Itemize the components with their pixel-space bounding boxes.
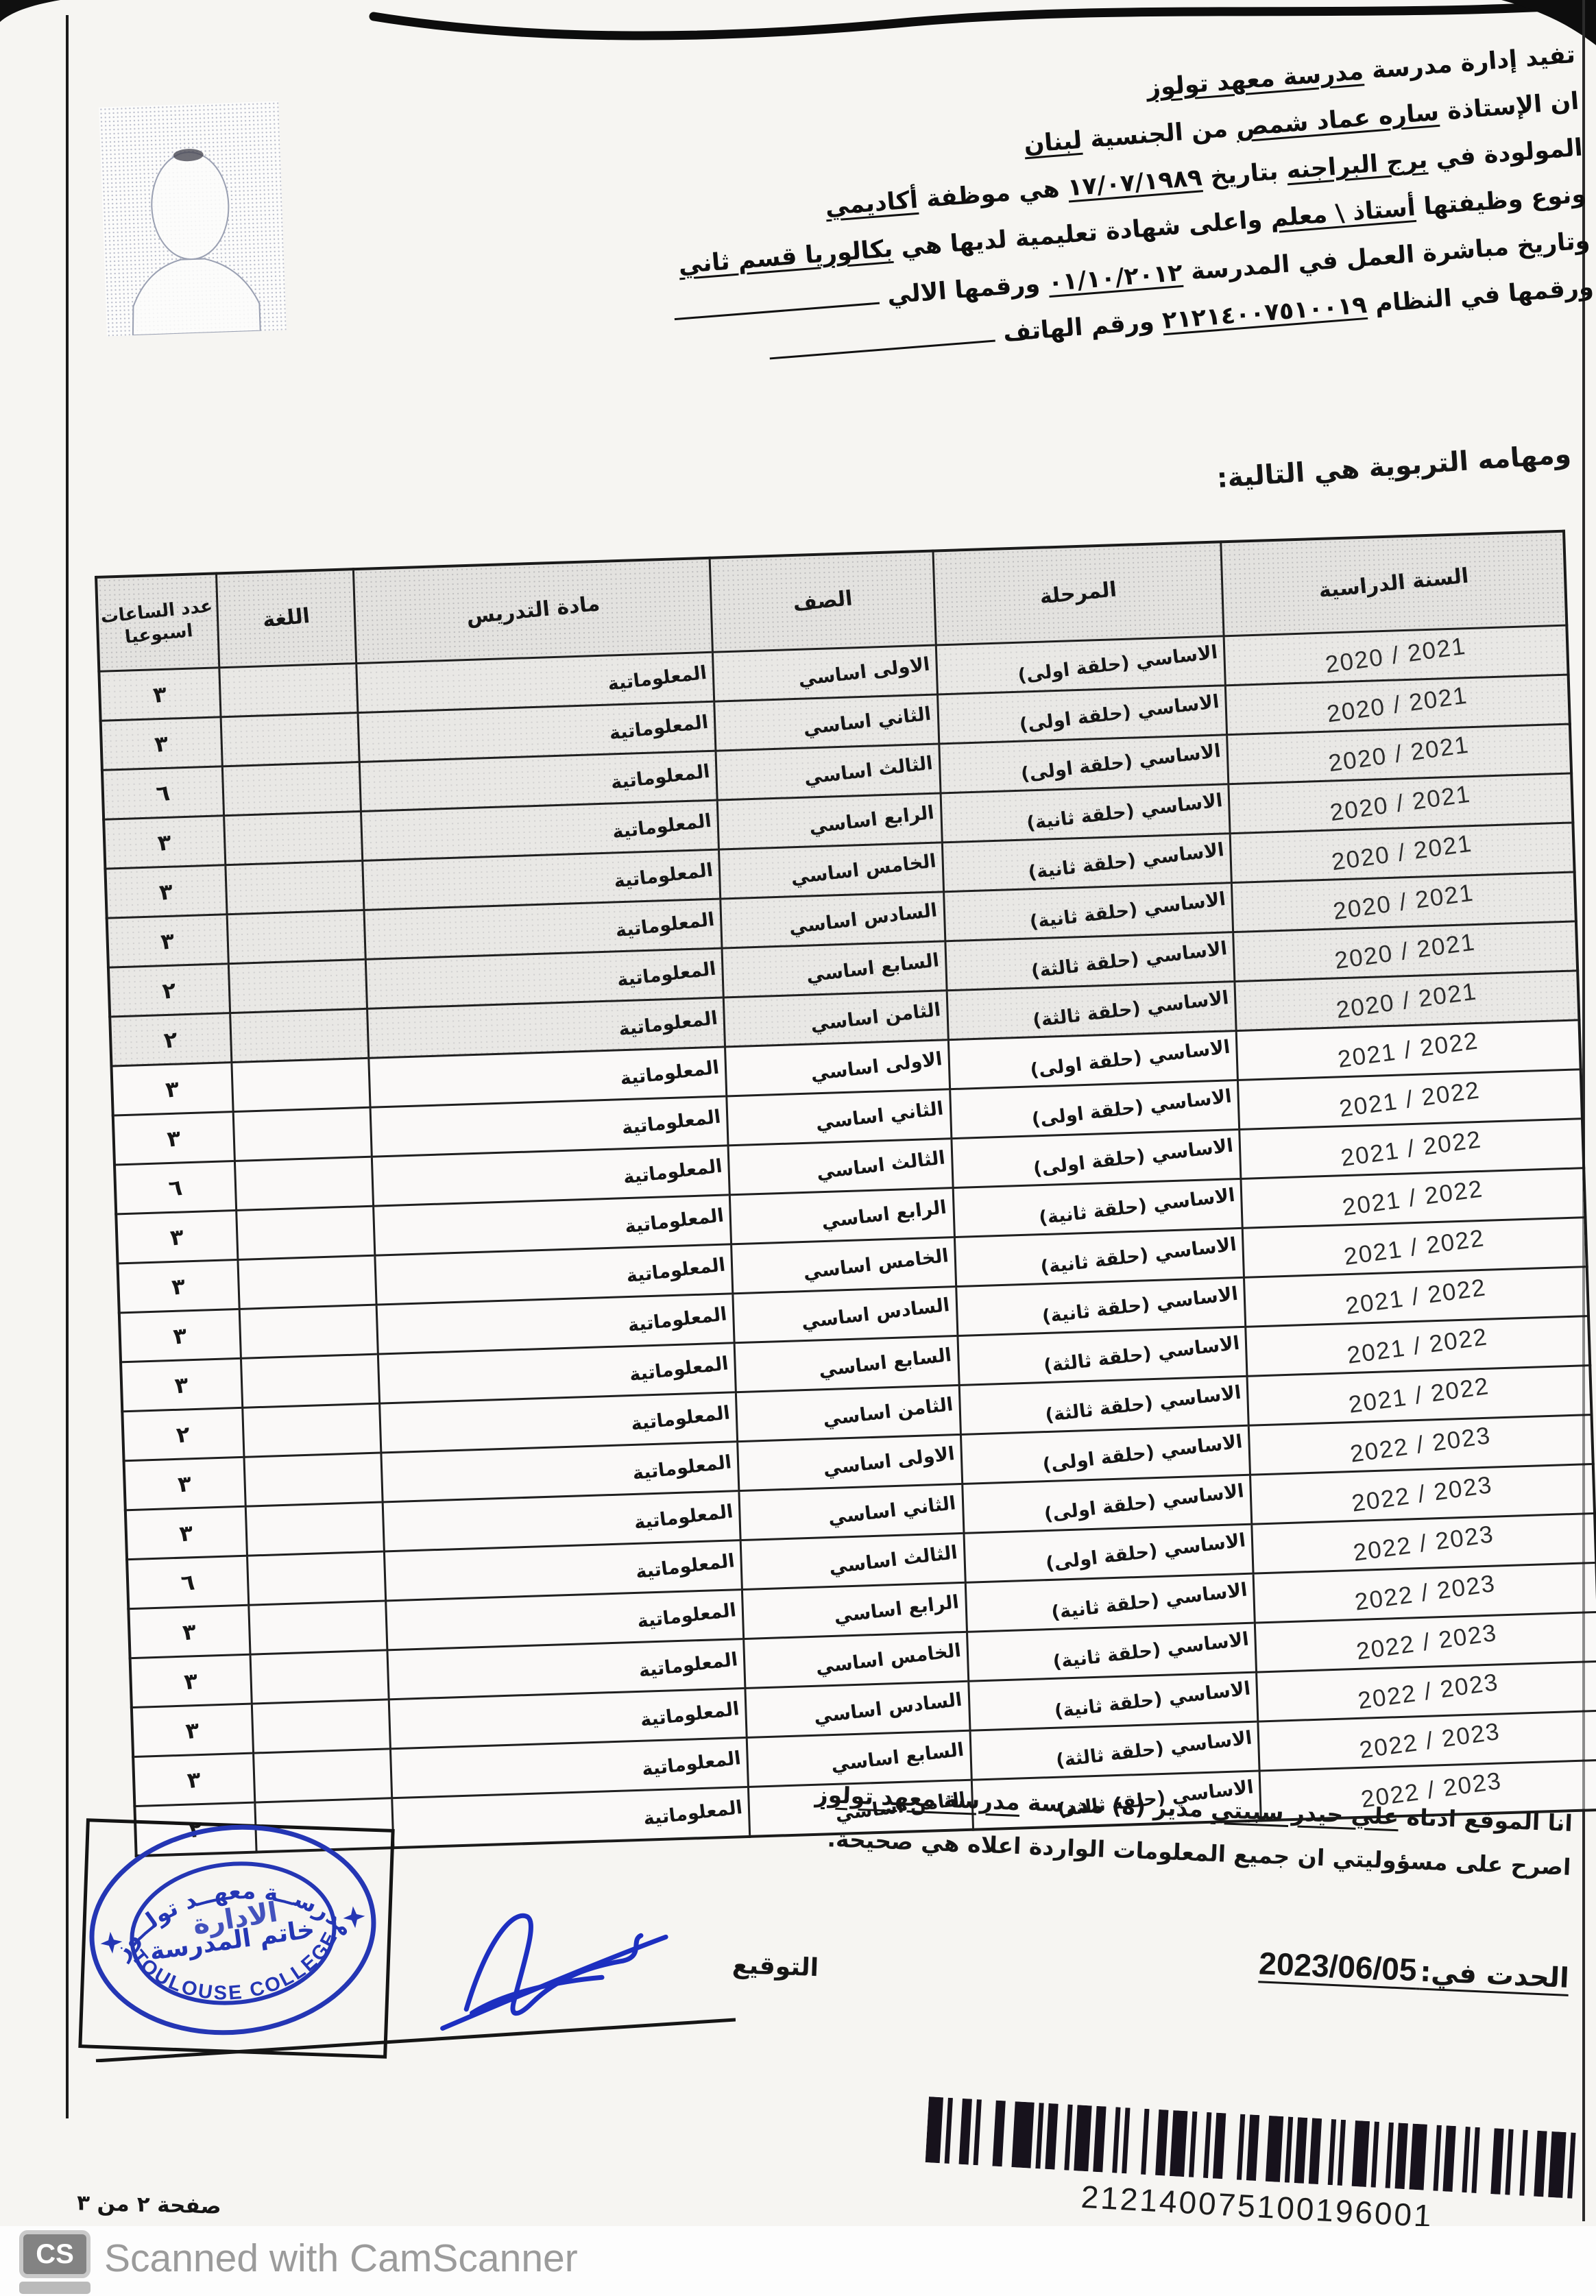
cell-stage: الاساسي (حلقة ثانية)	[956, 1277, 1245, 1336]
filled-value: ١٧/٠٧/١٩٨٩	[1067, 164, 1203, 202]
cell-stage: الاساسي (حلقة اولى)	[960, 1425, 1250, 1484]
cell-hours: ٣	[130, 1654, 252, 1707]
text-run: من الجنسية	[1081, 114, 1237, 154]
cell-hours: ٣	[105, 865, 226, 918]
col-header-stage: المرحلة	[933, 542, 1224, 645]
col-header-language-text: اللغة	[261, 603, 311, 633]
cell-grade: الثالث اساسي	[716, 744, 940, 800]
filled-value: بكالوريا قسم ثاني	[677, 235, 894, 279]
cell-grade: الثاني اساسي	[727, 1089, 951, 1146]
cell-hours-text: ٦	[155, 779, 171, 806]
cell-grade-text: السابع اساسي	[830, 1739, 965, 1776]
cell-stage: الاساسي (حلقة ثانية)	[965, 1573, 1255, 1632]
cell-stage-text: الاساسي (حلقة اولى)	[1017, 642, 1219, 686]
col-header-grade: الصف	[710, 551, 935, 653]
cell-stage-text: الاساسي (حلقة ثالثة)	[1031, 987, 1229, 1032]
cell-stage: الاساسي (حلقة اولى)	[962, 1475, 1251, 1533]
cell-grade: الخامس اساسي	[719, 843, 943, 899]
filled-value: مدرسة معهد تولوز	[1146, 58, 1364, 102]
cell-hours-text: ٣	[178, 1519, 195, 1547]
cell-year-text: 2021 / 2022	[1347, 1373, 1491, 1419]
cell-hours: ٣	[124, 1457, 245, 1510]
cell-hours: ٣	[107, 915, 228, 967]
cell-grade-text: الرابع اساسي	[808, 802, 936, 838]
cell-grade-text: السابع اساسي	[805, 950, 940, 987]
teaching-assignments-table: السنة الدراسية المرحلة الصف مادة التدريس…	[95, 530, 1596, 1858]
text-run: ونوع وظيفتها	[1414, 180, 1587, 221]
cell-stage: الاساسي (حلقة ثالثة)	[945, 932, 1235, 991]
cell-stage: الاساسي (حلقة ثانية)	[954, 1228, 1244, 1286]
table-intro-text: ومهامه التربوية هي التالية:	[1166, 439, 1572, 498]
cell-subject: المعلوماتية	[392, 1787, 751, 1848]
cell-hours-text: ٦	[167, 1174, 184, 1201]
cell-stage-text: الاساسي (حلقة ثانية)	[1025, 790, 1223, 834]
cell-language	[242, 1403, 380, 1457]
cell-stage-text: الاساسي (حلقة ثانية)	[1041, 1283, 1239, 1328]
signature-label: التوقيع	[731, 1951, 819, 1982]
col-header-year: السنة الدراسية	[1221, 531, 1567, 636]
cell-stage: الاساسي (حلقة اولى)	[964, 1524, 1253, 1582]
cell-stage-text: الاساسي (حلقة اولى)	[1045, 1530, 1247, 1574]
cell-subject-text: المعلوماتية	[630, 1402, 731, 1435]
cell-subject-text: المعلوماتية	[640, 1698, 741, 1731]
cell-grade: الرابع اساسي	[742, 1582, 967, 1639]
cell-grade-text: الرابع اساسي	[833, 1591, 960, 1627]
cell-hours-text: ٣	[183, 1667, 199, 1695]
cell-subject-text: المعلوماتية	[608, 712, 710, 745]
cell-language	[238, 1255, 376, 1309]
cell-language	[250, 1650, 389, 1704]
cell-language	[228, 959, 367, 1013]
cell-grade-text: الخامس اساسي	[802, 1245, 950, 1283]
cell-hours-text: ٣	[184, 1717, 201, 1744]
cell-language	[230, 1008, 368, 1062]
cell-hours-text: ٢	[162, 1026, 179, 1053]
cell-stage-text: الاساسي (حلقة ثالثة)	[1042, 1333, 1240, 1377]
cell-year-text: 2020 / 2021	[1335, 978, 1479, 1024]
cell-stage-text: الاساسي (حلقة ثانية)	[1028, 889, 1226, 933]
cell-stage: الاساسي (حلقة اولى)	[937, 686, 1226, 744]
cell-stage: الاساسي (حلقة اولى)	[936, 636, 1225, 694]
cell-stage-text: الاساسي (حلقة اولى)	[1041, 1431, 1244, 1475]
cell-grade: الثالث اساسي	[728, 1139, 952, 1195]
issue-date-line: الحدت في: 2023/06/05	[1157, 1940, 1570, 1995]
text-run: ورقم الهاتف	[994, 307, 1163, 348]
cell-stage: الاساسي (حلقة ثانية)	[968, 1672, 1257, 1730]
cell-grade-text: الثامن اساسي	[810, 999, 942, 1035]
cell-hours: ٦	[114, 1161, 236, 1214]
col-header-subject-text: مادة التدريس	[465, 591, 601, 630]
cell-subject-text: المعلوماتية	[614, 909, 716, 942]
cell-year-text: 2021 / 2022	[1341, 1175, 1485, 1222]
cell-hours-text: ٣	[166, 1124, 182, 1152]
cell-stage-text: الاساسي (حلقة اولى)	[1019, 740, 1222, 785]
camscanner-logo-base	[19, 2282, 90, 2294]
cell-hours-text: ٣	[177, 1470, 193, 1497]
cell-year-text: 2022 / 2023	[1358, 1717, 1502, 1764]
col-header-stage-text: المرحلة	[1039, 577, 1118, 611]
cell-language	[226, 860, 364, 914]
cell-hours-text: ٦	[180, 1569, 196, 1596]
cell-stage-text: الاساسي (حلقة ثانية)	[1050, 1580, 1248, 1624]
cell-grade: السادس اساسي	[721, 892, 945, 948]
cell-hours-text: ٣	[186, 1766, 202, 1793]
cell-stage: الاساسي (حلقة ثانية)	[967, 1623, 1256, 1681]
teaching-table-body: 2020 / 2021الاساسي (حلقة اولى)الاولى اسا…	[99, 625, 1596, 1856]
issue-date-label: الحدت في:	[1419, 1957, 1569, 1994]
cell-hours-text: ٣	[171, 1272, 187, 1300]
cell-subject-text: المعلوماتية	[619, 1057, 721, 1090]
text-run: ان الإستاذة	[1438, 88, 1580, 126]
cell-year-text: 2021 / 2022	[1339, 1126, 1483, 1172]
cell-subject-text: المعلوماتية	[633, 1501, 735, 1534]
cell-language	[253, 1749, 391, 1802]
cell-grade-text: الثاني اساسي	[815, 1098, 945, 1134]
cell-hours: ٣	[116, 1210, 237, 1263]
cell-grade: السادس اساسي	[745, 1681, 969, 1737]
filled-value: لبنان	[1023, 127, 1083, 159]
cell-hours: ٣	[118, 1259, 239, 1312]
cell-year-text: 2022 / 2023	[1350, 1471, 1494, 1517]
cell-stage: الاساسي (حلقة اولى)	[952, 1129, 1241, 1187]
col-header-year-text: السنة الدراسية	[1318, 564, 1470, 604]
cell-hours-text: ٣	[172, 1322, 189, 1349]
scanned-document-page: { "header": { "lines": [ {"runs":[{"t":"…	[0, 0, 1596, 2296]
text-run: تفيد إدارة مدرسة	[1362, 41, 1576, 85]
cell-subject-text: المعلوماتية	[620, 1106, 722, 1139]
cell-hours: ٣	[121, 1358, 242, 1411]
cell-stage-text: الاساسي (حلقة اولى)	[1018, 691, 1220, 736]
cell-stage: الاساسي (حلقة اولى)	[939, 735, 1228, 793]
cell-grade-text: الثامن اساسي	[822, 1394, 954, 1430]
issue-date-value: 2023/06/05	[1258, 1945, 1417, 1987]
cell-grade: السابع اساسي	[734, 1336, 958, 1392]
cell-year-text: 2022 / 2023	[1349, 1422, 1492, 1469]
filled-value: ٢١٢١٤٠٠٧٥١٠٠١٩	[1161, 291, 1368, 335]
cell-hours: ٣	[125, 1506, 247, 1559]
avatar-silhouette	[99, 101, 286, 337]
cell-stage: الاساسي (حلقة ثالثة)	[970, 1721, 1259, 1780]
cell-subject-text: المعلوماتية	[638, 1649, 739, 1682]
cell-subject-text: المعلوماتية	[613, 860, 714, 893]
col-header-hours-text: عدد الساعات اسبوعيا	[97, 594, 217, 651]
cell-grade-text: الاولى اساسي	[797, 654, 931, 691]
cell-subject-text: المعلوماتية	[618, 1008, 719, 1041]
cell-grade: الثاني اساسي	[714, 694, 939, 751]
cell-subject-text: المعلوماتية	[636, 1599, 738, 1632]
cell-grade: الثالث اساسي	[741, 1533, 965, 1589]
col-header-subject: مادة التدريس	[353, 558, 713, 664]
school-stamp: مدرســة معهــد تولــوز TOULOUSE COLLEGE …	[69, 1803, 398, 2064]
cell-hours: ٢	[110, 1013, 231, 1066]
cell-subject-text: المعلوماتية	[635, 1550, 736, 1583]
cell-hours: ٦	[102, 766, 223, 819]
cell-stage-text: الاساسي (حلقة اولى)	[1043, 1480, 1245, 1525]
cell-subject-text: المعلوماتية	[616, 958, 718, 991]
cell-grade-text: السادس اساسي	[788, 899, 939, 939]
cell-grade: الرابع اساسي	[718, 793, 942, 849]
cell-subject-text: المعلوماتية	[624, 1205, 725, 1237]
cell-language	[221, 713, 359, 766]
cell-stage-text: الاساسي (حلقة ثانية)	[1039, 1234, 1237, 1279]
cell-stage: الاساسي (حلقة اولى)	[950, 1080, 1239, 1138]
filled-value: مدرسة معهد تولوز	[814, 1781, 1020, 1815]
camscanner-footer-bar: CS Scanned with CamScanner	[0, 2226, 1596, 2296]
cell-hours-text: ٣	[152, 681, 168, 708]
cell-stage-text: الاساسي (حلقة ثانية)	[1027, 839, 1225, 884]
cell-language	[241, 1354, 379, 1407]
barcode-block: 212140075100196001	[921, 2096, 1596, 2243]
blank-field	[769, 333, 995, 360]
filled-value: ٠١/١٠/٢٠١٢	[1047, 259, 1183, 297]
cell-language	[247, 1551, 385, 1605]
cell-grade: الثاني اساسي	[739, 1484, 963, 1540]
cell-hours: ٢	[108, 964, 230, 1017]
cell-stage-text: الاساسي (حلقة ثانية)	[1052, 1628, 1250, 1673]
cell-grade-text: السابع اساسي	[817, 1344, 952, 1381]
cell-hours-text: ٣	[154, 730, 170, 758]
cell-hours-text: ٢	[175, 1421, 191, 1448]
cell-grade: الاولى اساسي	[725, 1040, 950, 1096]
cell-stage-text: الاساسي (حلقة ثانية)	[1053, 1678, 1251, 1722]
cell-language	[219, 664, 357, 717]
cell-grade-text: الثاني اساسي	[802, 703, 932, 740]
cell-stage-text: الاساسي (حلقة اولى)	[1029, 1037, 1231, 1081]
cell-stage: الاساسي (حلقة ثانية)	[942, 834, 1231, 892]
blank-field	[674, 295, 880, 320]
cell-language	[222, 762, 361, 816]
cell-hours: ٣	[119, 1309, 241, 1362]
cell-grade: الاولى اساسي	[738, 1434, 962, 1490]
cell-hours-text: ٣	[181, 1618, 197, 1645]
camscanner-logo-icon: CS	[19, 2230, 95, 2294]
cell-year-text: 2022 / 2023	[1353, 1569, 1497, 1616]
cell-subject-text: المعلوماتية	[610, 761, 712, 794]
cell-language	[239, 1305, 378, 1358]
cell-hours-text: ٣	[169, 1223, 185, 1250]
camscanner-logo-text: CS	[19, 2230, 90, 2278]
cell-year-text: 2022 / 2023	[1355, 1619, 1499, 1665]
cell-hours: ٢	[122, 1407, 243, 1460]
cell-year-text: 2021 / 2022	[1344, 1274, 1488, 1320]
cell-language	[233, 1107, 372, 1161]
cell-hours-text: ٣	[156, 828, 173, 856]
cell-subject-text: المعلوماتية	[622, 1155, 724, 1188]
cell-grade: السابع اساسي	[722, 941, 946, 998]
cell-grade-text: الثاني اساسي	[827, 1493, 958, 1529]
cell-subject-text: المعلوماتية	[631, 1451, 733, 1484]
cell-hours: ٣	[101, 717, 222, 770]
certificate-header-paragraph: تفيد إدارة مدرسة مدرسة معهد تولوزان الإس…	[579, 32, 1595, 389]
cell-grade-text: الخامس اساسي	[814, 1640, 962, 1678]
scan-edge-artifact-left	[66, 15, 69, 2118]
cell-grade: الرابع اساسي	[730, 1188, 954, 1244]
cell-stage: الاساسي (حلقة اولى)	[948, 1031, 1237, 1089]
cell-grade-text: الاولى اساسي	[822, 1443, 956, 1480]
filled-value: أكاديمي	[824, 186, 919, 221]
filled-value: أستاذ \ معلم	[1270, 194, 1417, 233]
cell-subject-text: المعلوماتية	[629, 1353, 730, 1386]
cell-year-text: 2020 / 2021	[1325, 681, 1469, 728]
cell-hours: ٣	[133, 1753, 254, 1806]
cell-stage-text: الاساسي (حلقة ثالثة)	[1054, 1727, 1253, 1772]
cell-subject-text: المعلوماتية	[625, 1254, 727, 1287]
cell-language	[245, 1502, 384, 1556]
cell-subject-text: المعلوماتية	[641, 1748, 742, 1780]
text-run: مدير (ة) مدرسة	[1019, 1789, 1211, 1823]
cell-hours: ٣	[113, 1112, 234, 1165]
cell-hours-text: ٣	[160, 927, 176, 954]
page-number-label: صفحة ٢ من ٣	[77, 2190, 222, 2219]
cell-stage-text: الاساسي (حلقة ثانية)	[1037, 1185, 1235, 1229]
cell-year-text: 2022 / 2023	[1356, 1668, 1500, 1715]
cell-grade: الخامس اساسي	[744, 1632, 968, 1688]
cell-language	[252, 1700, 390, 1753]
cell-stage: الاساسي (حلقة ثانية)	[943, 883, 1233, 941]
cell-year-text: 2020 / 2021	[1324, 632, 1468, 679]
cell-stage: الاساسي (حلقة ثانية)	[941, 784, 1230, 843]
cell-grade-text: الخامس اساسي	[789, 850, 936, 889]
cell-stage: الاساسي (حلقة ثالثة)	[959, 1376, 1248, 1434]
cell-year-text: 2022 / 2023	[1352, 1520, 1496, 1567]
cell-language	[236, 1206, 374, 1259]
cell-language	[232, 1058, 370, 1111]
cell-year-text: 2021 / 2022	[1336, 1027, 1480, 1074]
employee-photo-placeholder	[99, 101, 286, 337]
cell-grade-text: الثالث اساسي	[816, 1147, 947, 1183]
camscanner-caption: Scanned with CamScanner	[104, 2236, 578, 2281]
cell-hours-text: ٣	[164, 1075, 180, 1102]
cell-hours: ٣	[111, 1063, 232, 1115]
cell-grade-text: الرابع اساسي	[821, 1197, 948, 1233]
filled-value: علي حيدر سبيتي	[1211, 1796, 1399, 1830]
cell-grade: الاولى اساسي	[713, 645, 937, 701]
cell-year-text: 2021 / 2022	[1338, 1076, 1482, 1123]
cell-hours: ٣	[99, 668, 220, 721]
cell-stage: الاساسي (حلقة ثالثة)	[958, 1327, 1247, 1385]
cell-year-text: 2021 / 2022	[1342, 1224, 1486, 1271]
cell-year-text: 2020 / 2021	[1330, 830, 1474, 876]
cell-hours: ٦	[127, 1556, 248, 1608]
principal-signature	[425, 1892, 733, 2038]
cell-year-text: 2020 / 2021	[1329, 780, 1473, 827]
cell-year-text: 2020 / 2021	[1333, 928, 1477, 975]
text-run: هي موظفة	[917, 175, 1069, 214]
col-header-language: اللغة	[216, 569, 356, 668]
cell-subject-text: المعلوماتية	[607, 662, 708, 695]
cell-language	[223, 811, 362, 865]
cell-grade-text: السادس اساسي	[801, 1294, 951, 1333]
text-run: انا الموقع ادناه	[1398, 1803, 1573, 1837]
cell-hours: ٣	[104, 816, 225, 869]
cell-subject-text: المعلوماتية	[642, 1797, 744, 1830]
cell-hours-text: ٣	[173, 1371, 190, 1399]
cell-grade-text: الاولى اساسي	[810, 1048, 943, 1085]
cell-grade: السادس اساسي	[733, 1287, 957, 1343]
cell-language	[227, 910, 365, 963]
cell-hours-text: ٢	[161, 976, 178, 1004]
cell-subject-text: المعلوماتية	[612, 810, 713, 843]
col-header-hours: عدد الساعات اسبوعيا	[96, 573, 219, 671]
cell-stage: الاساسي (حلقة ثالثة)	[947, 982, 1236, 1040]
col-header-grade-text: الصف	[792, 586, 854, 618]
text-run: ورقمها الالي	[878, 269, 1049, 310]
cell-language	[244, 1453, 383, 1506]
text-run: ورقمها في النظام	[1366, 274, 1595, 319]
cell-hours: ٣	[132, 1704, 253, 1756]
text-run: بتاريخ	[1201, 158, 1287, 192]
cell-grade: الثامن اساسي	[724, 991, 948, 1047]
cell-grade: الخامس اساسي	[731, 1237, 956, 1294]
cell-language	[248, 1601, 387, 1654]
cell-stage-text: الاساسي (حلقة اولى)	[1032, 1135, 1234, 1180]
filled-value: ساره عماد شمص	[1235, 99, 1440, 142]
cell-year-text: 2021 / 2022	[1346, 1323, 1490, 1370]
cell-grade: الثامن اساسي	[736, 1385, 960, 1441]
cell-stage-text: الاساسي (حلقة ثالثة)	[1030, 938, 1228, 982]
cell-grade-text: الثالث اساسي	[828, 1542, 959, 1578]
cell-hours: ٣	[128, 1605, 250, 1658]
filled-value: برج البراجنه	[1285, 146, 1429, 184]
cell-language	[234, 1157, 373, 1210]
cell-hours-text: ٣	[158, 878, 174, 905]
cell-year-text: 2020 / 2021	[1327, 731, 1471, 777]
cell-stage-text: الاساسي (حلقة ثالثة)	[1043, 1382, 1242, 1427]
text-run: المولودة في	[1427, 134, 1584, 174]
cell-grade-text: السادس اساسي	[813, 1689, 963, 1728]
cell-subject-text: المعلوماتية	[627, 1303, 728, 1336]
cell-stage: الاساسي (حلقة ثانية)	[953, 1179, 1242, 1237]
cell-grade-text: الثالث اساسي	[803, 753, 934, 789]
cell-year-text: 2020 / 2021	[1331, 879, 1475, 926]
cell-stage-text: الاساسي (حلقة اولى)	[1030, 1086, 1233, 1131]
